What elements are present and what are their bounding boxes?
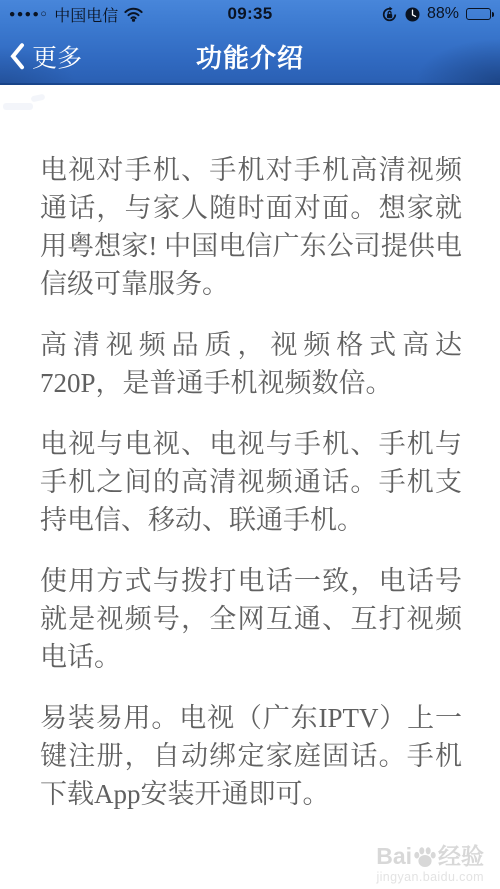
feature-paragraph: 电视对手机、手机对手机高清视频通话，与家人随时面对面。想家就用粤想家! 中国电信…: [40, 151, 462, 303]
nav-bar: 更多 功能介绍: [0, 28, 500, 85]
alarm-clock-icon: [405, 7, 420, 22]
status-right-group: 88%: [381, 5, 491, 23]
chevron-left-icon: [10, 42, 25, 70]
feature-paragraph: 电视与电视、电视与手机、手机与手机之间的高清视频通话。手机支持电信、移动、联通手…: [40, 425, 462, 539]
watermark-site-url: jingyan.baidu.com: [376, 870, 484, 884]
watermark-brand-prefix: Bai: [376, 845, 412, 868]
back-button[interactable]: 更多: [10, 38, 82, 74]
back-button-label: 更多: [32, 38, 82, 74]
rotation-lock-icon: [381, 6, 398, 23]
header: ●●●●○ 中国电信 09:35: [0, 0, 500, 85]
carrier-label: 中国电信: [54, 3, 118, 26]
watermark-brand: Bai 经验: [376, 845, 484, 868]
page-title: 功能介绍: [196, 37, 304, 74]
status-left-group: ●●●●○ 中国电信: [9, 3, 143, 26]
battery-percent: 88%: [427, 5, 459, 23]
baidu-paw-icon: [413, 846, 437, 868]
status-bar: ●●●●○ 中国电信 09:35: [0, 0, 500, 28]
baidu-jingyan-watermark: Bai 经验 jingyan.baidu.com: [376, 845, 484, 884]
content-area: 电视对手机、手机对手机高清视频通话，与家人随时面对面。想家就用粤想家! 中国电信…: [0, 85, 500, 889]
feature-paragraph: 使用方式与拨打电话一致，电话号就是视频号，全网互通、互打视频电话。: [40, 562, 462, 676]
battery-icon: [466, 8, 491, 20]
watermark-brand-suffix: 经验: [438, 845, 484, 868]
wifi-icon: [124, 7, 143, 22]
feature-paragraph: 易装易用。电视（广东IPTV）上一键注册，自动绑定家庭固话。手机下载App安装开…: [40, 699, 462, 813]
clock-time: 09:35: [228, 4, 273, 24]
feature-paragraph: 高清视频品质，视频格式高达720P，是普通手机视频数倍。: [40, 326, 462, 402]
app-screen: ●●●●○ 中国电信 09:35: [0, 0, 500, 889]
cell-signal-icon: ●●●●○: [9, 8, 48, 20]
